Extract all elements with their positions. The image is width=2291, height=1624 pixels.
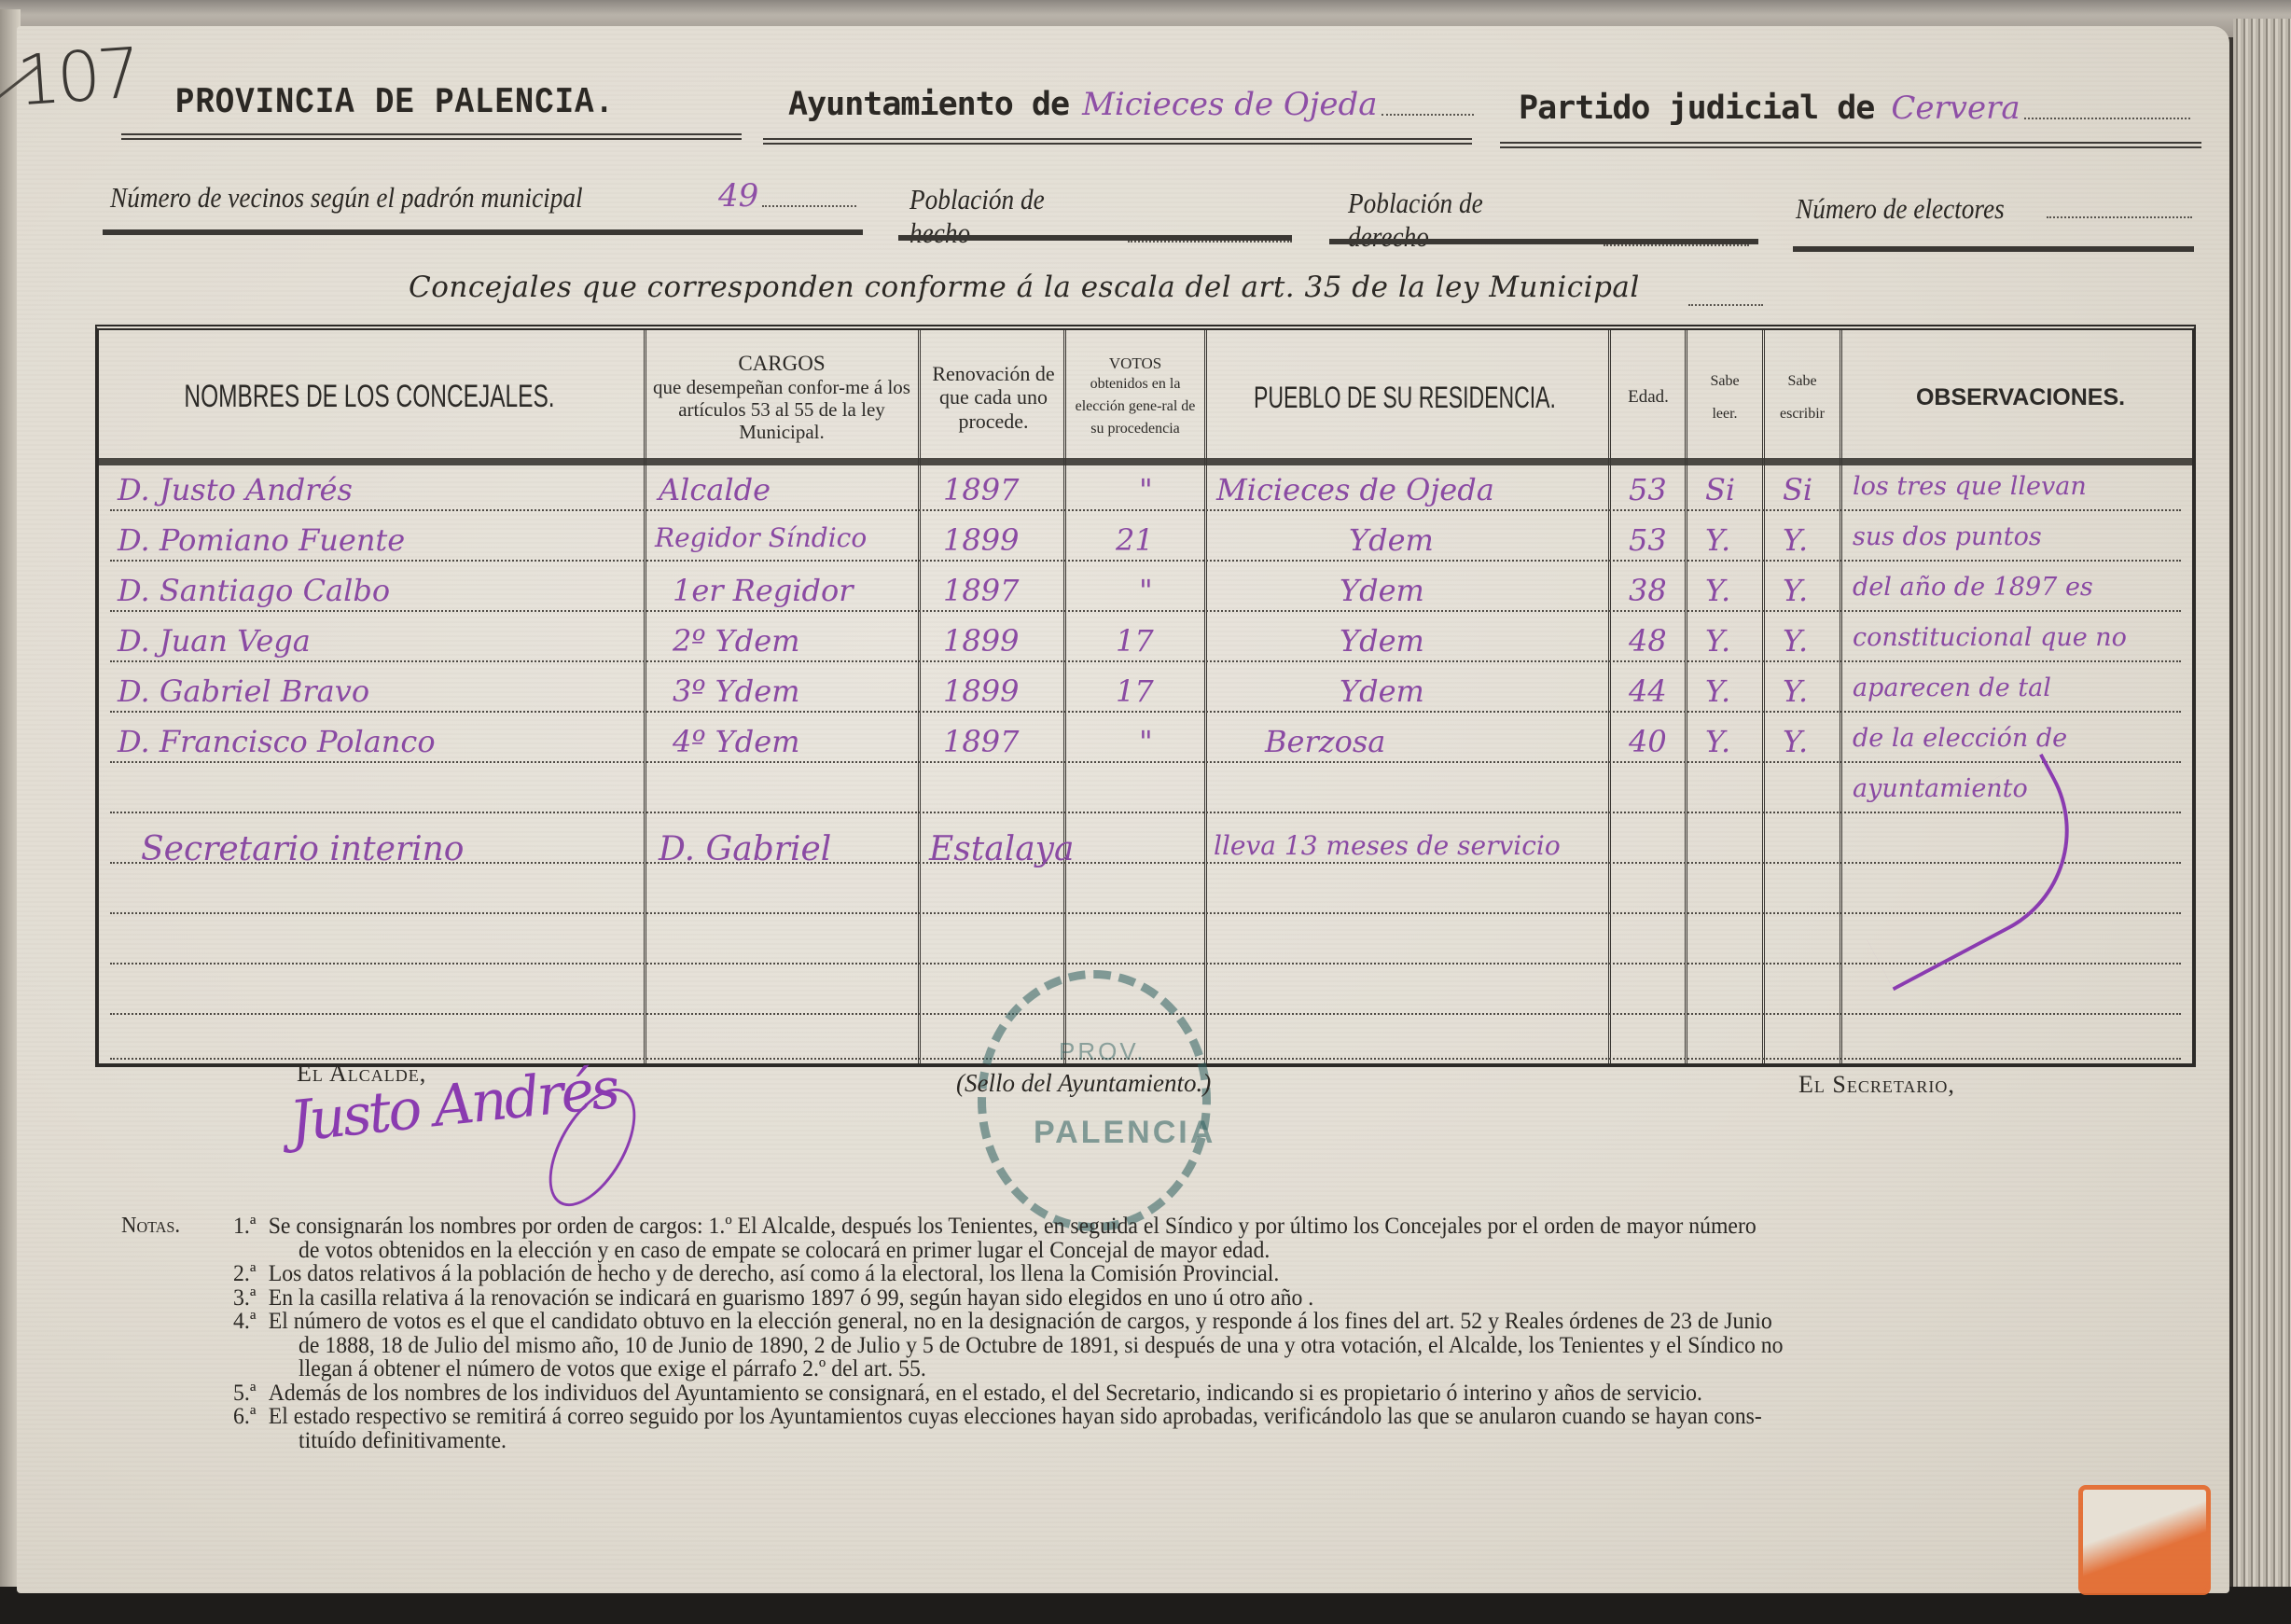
row-5-escribir: Y. <box>1783 673 1808 709</box>
row-1-votos: " <box>1139 472 1153 507</box>
row-5-votos: 17 <box>1116 673 1154 709</box>
ayuntamiento-underline <box>763 138 1472 145</box>
ayuntamiento-value: Micieces de Ojeda <box>1082 86 1377 123</box>
row-5-leer: Y. <box>1705 673 1730 709</box>
note-1: Notas. 1.ª Se consignarán los nombres po… <box>121 1215 2106 1239</box>
secretario-name: D. Gabriel <box>659 830 831 868</box>
row-4-escribir: Y. <box>1783 623 1808 659</box>
row-2-cargo: Regidor Síndico <box>655 522 867 553</box>
header-cargos: CARGOS que desempeñan confor-me á los ar… <box>647 338 916 457</box>
header-sabe-escribir: Sabe escribir <box>1766 338 1839 457</box>
row-3-votos: " <box>1139 573 1153 608</box>
observacion-line: sus dos puntos <box>1853 522 2042 551</box>
header-pueblo: PUEBLO DE SU RESIDENCIA. <box>1203 338 1606 457</box>
observacion-line: constitucional que no <box>1853 623 2127 652</box>
col-divider <box>1063 330 1066 1063</box>
note-5: 5.ª Además de los nombres de los individ… <box>121 1381 2106 1406</box>
row-3-leer: Y. <box>1705 573 1730 608</box>
row-1-edad: 53 <box>1629 472 1667 507</box>
vecinos-value: 49 <box>718 177 758 215</box>
row-2-leer: Y. <box>1705 522 1730 558</box>
row-6-votos: " <box>1139 724 1153 759</box>
header-rule <box>99 458 2192 465</box>
row-2-escribir: Y. <box>1783 522 1808 558</box>
row-2-votos: 21 <box>1116 522 1154 558</box>
table-subtitle: Concejales que corresponden conforme á l… <box>409 271 1640 304</box>
row-4-renovacion: 1899 <box>943 623 1019 659</box>
notes-label: Notas. <box>121 1215 219 1239</box>
header-votos: VOTOS obtenidos en la elección gene-ral … <box>1067 338 1203 457</box>
header-observaciones: OBSERVACIONES. <box>1843 338 2198 457</box>
sello-label: (Sello del Ayuntamiento.) <box>956 1069 1211 1098</box>
electores-field: Número de electores <box>1796 192 2192 226</box>
row-3-nombre: D. Santiago Calbo <box>118 573 390 608</box>
archive-stamp <box>2078 1485 2211 1595</box>
note-2: 2.ª Los datos relativos á la población d… <box>121 1262 2106 1286</box>
row-5-nombre: D. Gabriel Bravo <box>118 673 369 709</box>
header-sabe-leer: Sabe leer. <box>1688 338 1761 457</box>
folio-number: 107 <box>14 34 140 122</box>
row-1-escribir: Si <box>1783 472 1812 507</box>
col-divider <box>1685 330 1687 1063</box>
row-6-edad: 40 <box>1629 724 1667 759</box>
row-1-cargo: Alcalde <box>659 472 771 507</box>
row-4-leer: Y. <box>1705 623 1730 659</box>
vecinos-underline <box>103 229 863 235</box>
row-4-votos: 17 <box>1116 623 1154 659</box>
province-underline <box>121 133 742 140</box>
row-4-cargo: 2º Ydem <box>673 623 799 659</box>
ayuntamiento-field: Ayuntamiento de Micieces de Ojeda <box>788 86 1474 123</box>
note-4: 4.ª El número de votos es el que el cand… <box>121 1310 2106 1334</box>
col-divider <box>1762 330 1765 1063</box>
book-page-edges <box>2233 19 2291 1604</box>
observacion-line: los tres que llevan <box>1853 472 2087 501</box>
observacion-line: del año de 1897 es <box>1853 573 2093 602</box>
header-nombres: NOMBRES DE LOS CONCEJALES. <box>134 338 604 457</box>
seal-text-top: PROV. <box>1059 1037 1146 1066</box>
row-6-nombre: D. Francisco Polanco <box>118 724 436 759</box>
header-renovacion: Renovación de que cada uno procede. <box>923 338 1063 457</box>
col-divider <box>1840 330 1842 1063</box>
row-6-pueblo: Berzosa <box>1265 724 1385 759</box>
municipal-seal <box>978 970 1211 1231</box>
row-1-nombre: D. Justo Andrés <box>118 472 353 507</box>
row-5-pueblo: Ydem <box>1340 673 1424 709</box>
col-divider <box>644 330 646 1063</box>
partido-value: Cervera <box>1891 90 2020 127</box>
row-2-pueblo: Ydem <box>1349 522 1434 558</box>
row-5-renovacion: 1899 <box>943 673 1019 709</box>
row-3-pueblo: Ydem <box>1340 573 1424 608</box>
row-2-nombre: D. Pomiano Fuente <box>118 522 405 558</box>
vecinos-field: Número de vecinos según el padrón munici… <box>110 177 856 215</box>
secretario-surname: Estalaya <box>929 830 1074 868</box>
row-6-cargo: 4º Ydem <box>673 724 799 759</box>
row-3-edad: 38 <box>1629 573 1667 608</box>
row-3-cargo: 1er Regidor <box>673 573 854 608</box>
row-4-pueblo: Ydem <box>1340 623 1424 659</box>
row-1-renovacion: 1897 <box>943 472 1019 507</box>
observacion-line: aparecen de tal <box>1853 673 2051 702</box>
row-4-edad: 48 <box>1629 623 1667 659</box>
row-6-renovacion: 1897 <box>943 724 1019 759</box>
partido-underline <box>1500 142 2201 148</box>
row-1-pueblo: Micieces de Ojeda <box>1216 472 1494 507</box>
secretario-label: El Secretario, <box>1798 1071 1955 1099</box>
note-6: 6.ª El estado respectivo se remitirá á c… <box>121 1405 2106 1429</box>
row-2-edad: 53 <box>1629 522 1667 558</box>
row-1-leer: Si <box>1705 472 1735 507</box>
col-divider <box>1608 330 1611 1063</box>
header-edad: Edad. <box>1612 338 1685 457</box>
row-3-renovacion: 1897 <box>943 573 1019 608</box>
row-3-escribir: Y. <box>1783 573 1808 608</box>
province-title: PROVINCIA DE PALENCIA. <box>175 86 679 121</box>
row-6-escribir: Y. <box>1783 724 1808 759</box>
partido-field: Partido judicial de Cervera <box>1519 90 2190 127</box>
observacion-line: de la elección de <box>1853 724 2067 753</box>
seal-text-city: PALENCIA <box>1034 1115 1215 1151</box>
col-divider <box>918 330 921 1063</box>
secretario-service: lleva 13 meses de servicio <box>1214 830 1561 861</box>
electores-underline <box>1793 246 2194 252</box>
notes-section: Notas. 1.ª Se consignarán los nombres po… <box>121 1215 2106 1452</box>
row-4-nombre: D. Juan Vega <box>118 623 311 659</box>
row-6-leer: Y. <box>1705 724 1730 759</box>
row-5-cargo: 3º Ydem <box>673 673 799 709</box>
poblacion-derecho-underline <box>1329 239 1758 244</box>
note-3: 3.ª En la casilla relativa á la renovaci… <box>121 1286 2106 1311</box>
poblacion-hecho-underline <box>898 235 1292 241</box>
secretario-row-label: Secretario interino <box>141 830 464 868</box>
row-2-renovacion: 1899 <box>943 522 1019 558</box>
row-5-edad: 44 <box>1629 673 1667 709</box>
